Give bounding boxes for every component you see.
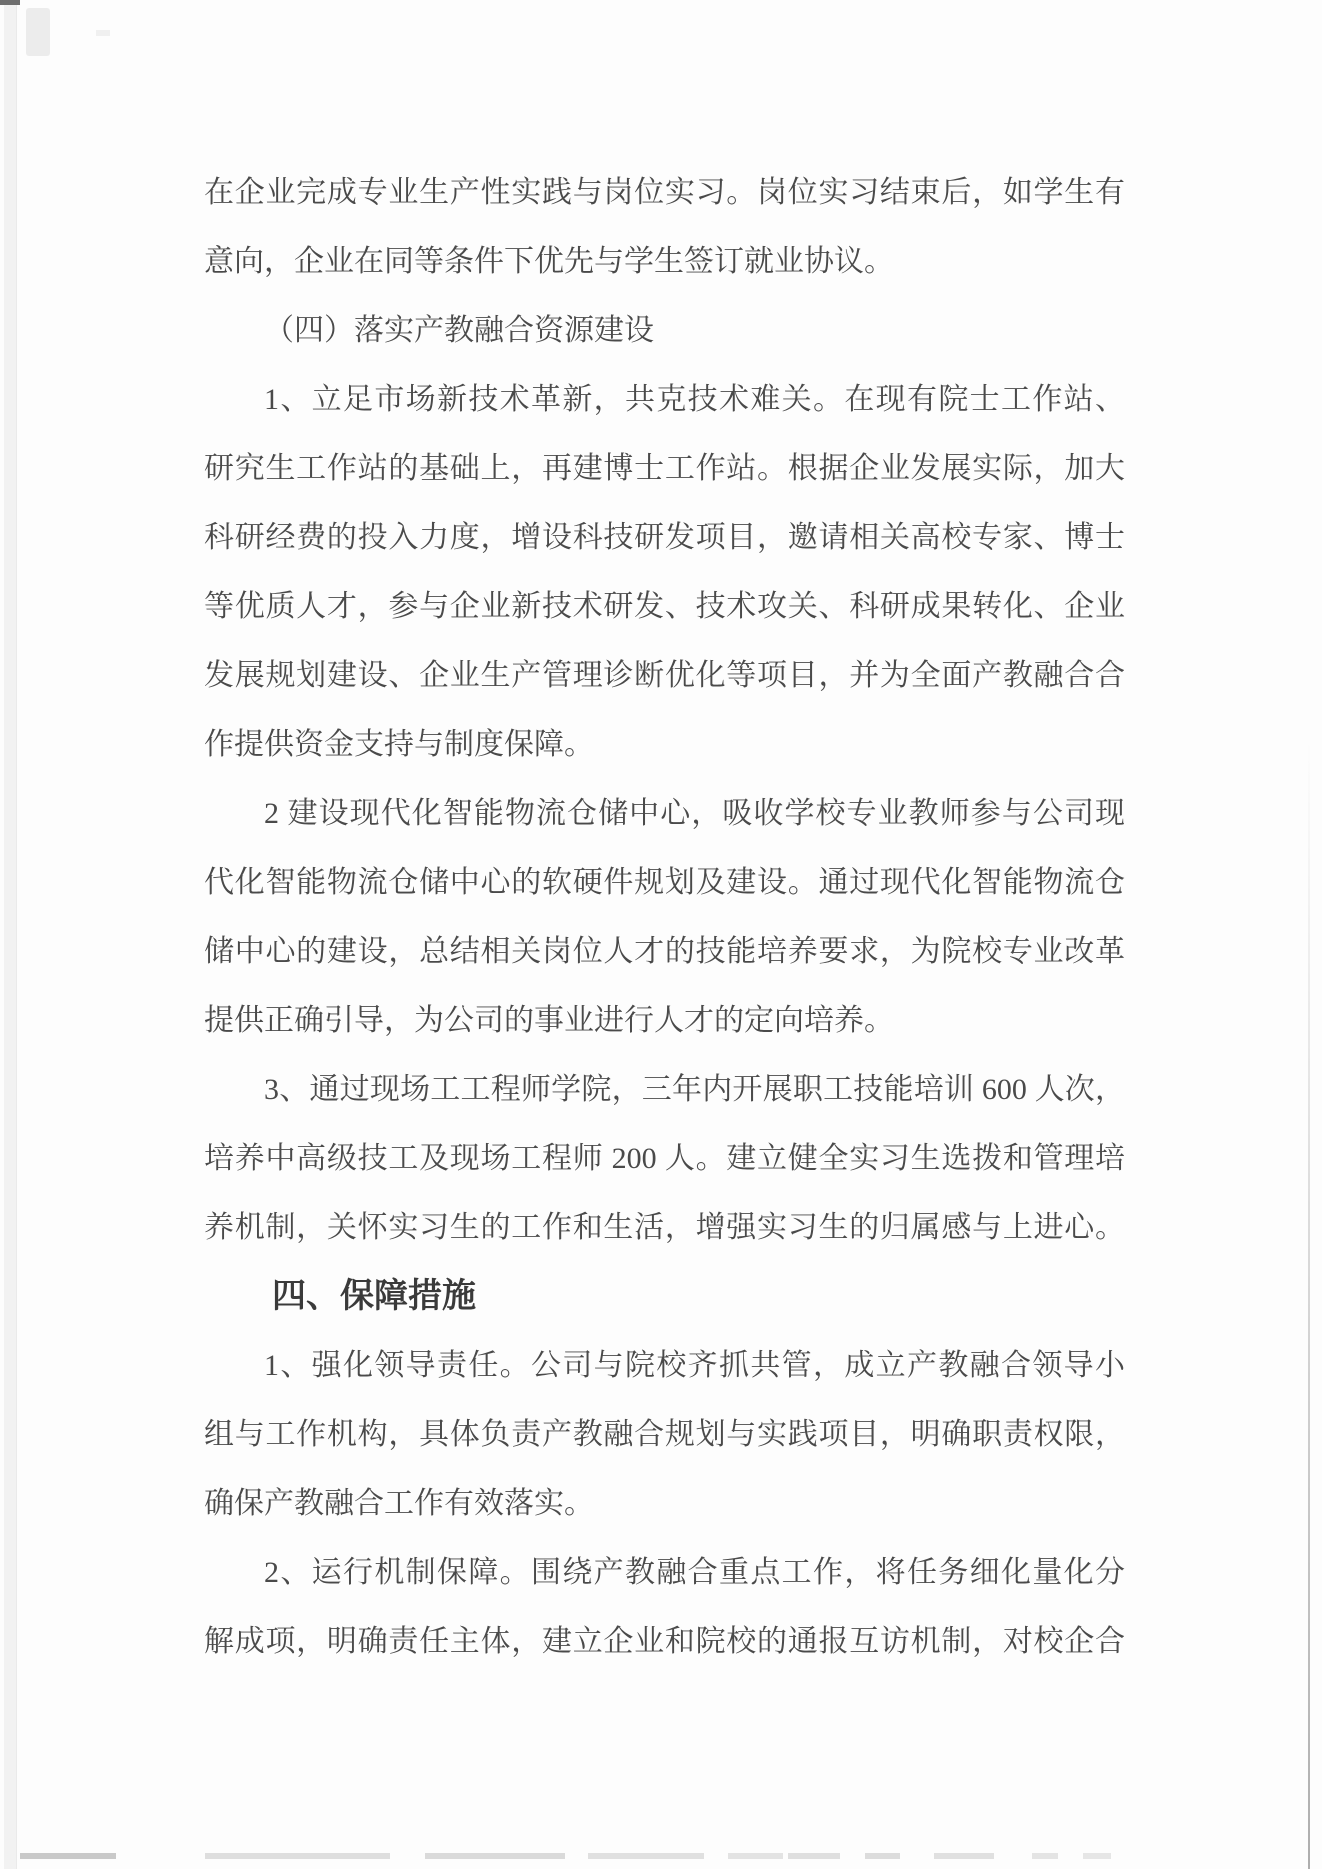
text-line: 解成项，明确责任主体，建立企业和院校的通报互访机制，对校企合 bbox=[204, 1607, 1125, 1676]
text-line: 储中心的建设，总结相关岗位人才的技能培养要求，为院校专业改革 bbox=[204, 917, 1125, 986]
scan-bottom-line-segment bbox=[425, 1853, 565, 1859]
text-line: 1、强化领导责任。公司与院校齐抓共管，成立产教融合领导小 bbox=[204, 1331, 1125, 1400]
text-line: 养机制，关怀实习生的工作和生活，增强实习生的归属感与上进心。 bbox=[204, 1193, 1125, 1262]
scan-bottom-line-segment bbox=[1032, 1853, 1058, 1859]
text-line: 3、通过现场工工程师学院，三年内开展职工技能培训 600 人次， bbox=[204, 1055, 1125, 1124]
text-line: 代化智能物流仓储中心的软硬件规划及建设。通过现代化智能物流仓 bbox=[204, 848, 1125, 917]
text-line: 等优质人才，参与企业新技术研发、技术攻关、科研成果转化、企业 bbox=[204, 572, 1125, 641]
scan-bottom-line-segment bbox=[205, 1853, 390, 1859]
scan-left-edge-shadow bbox=[4, 0, 17, 1869]
text-line: （四）落实产教融合资源建设 bbox=[204, 296, 1125, 365]
scan-corner-smudge bbox=[26, 8, 50, 56]
scan-bottom-line-segment bbox=[588, 1853, 704, 1859]
text-line: 2、运行机制保障。围绕产教融合重点工作，将任务细化量化分 bbox=[204, 1538, 1125, 1607]
scan-corner-dot bbox=[96, 30, 110, 36]
text-line: 在企业完成专业生产性实践与岗位实习。岗位实习结束后，如学生有 bbox=[204, 158, 1125, 227]
text-line: 提供正确引导，为公司的事业进行人才的定向培养。 bbox=[204, 986, 1125, 1055]
text-line: 确保产教融合工作有效落实。 bbox=[204, 1469, 1125, 1538]
text-line: 研究生工作站的基础上，再建博士工作站。根据企业发展实际，加大 bbox=[204, 434, 1125, 503]
document-text-body: 在企业完成专业生产性实践与岗位实习。岗位实习结束后，如学生有意向，企业在同等条件… bbox=[204, 158, 1125, 1676]
text-line: 培养中高级技工及现场工程师 200 人。建立健全实习生选拨和管理培 bbox=[204, 1124, 1125, 1193]
scan-bottom-line-segment bbox=[728, 1853, 783, 1859]
text-line: 科研经费的投入力度，增设科技研发项目，邀请相关高校专家、博士 bbox=[204, 503, 1125, 572]
text-line: 作提供资金支持与制度保障。 bbox=[204, 710, 1125, 779]
text-line: 2 建设现代化智能物流仓储中心，吸收学校专业教师参与公司现 bbox=[204, 779, 1125, 848]
scan-top-left-mark bbox=[0, 0, 20, 5]
scan-bottom-line-segment bbox=[865, 1853, 900, 1859]
text-line: 1、立足市场新技术革新，共克技术难关。在现有院士工作站、 bbox=[204, 365, 1125, 434]
text-line: 发展规划建设、企业生产管理诊断优化等项目，并为全面产教融合合 bbox=[204, 641, 1125, 710]
scanned-document-page: 在企业完成专业生产性实践与岗位实习。岗位实习结束后，如学生有意向，企业在同等条件… bbox=[0, 0, 1322, 1869]
text-line: 组与工作机构，具体负责产教融合规划与实践项目，明确职责权限， bbox=[204, 1400, 1125, 1469]
scan-bottom-line-segment bbox=[934, 1853, 994, 1859]
scan-bottom-line-segment bbox=[788, 1853, 840, 1859]
scan-bottom-line-segment bbox=[20, 1853, 116, 1859]
scan-right-edge-line bbox=[1308, 740, 1310, 1869]
scan-bottom-line-segment bbox=[1083, 1853, 1111, 1859]
text-line: 意向，企业在同等条件下优先与学生签订就业协议。 bbox=[204, 227, 1125, 296]
section-heading: 四、保障措施 bbox=[204, 1262, 1125, 1331]
